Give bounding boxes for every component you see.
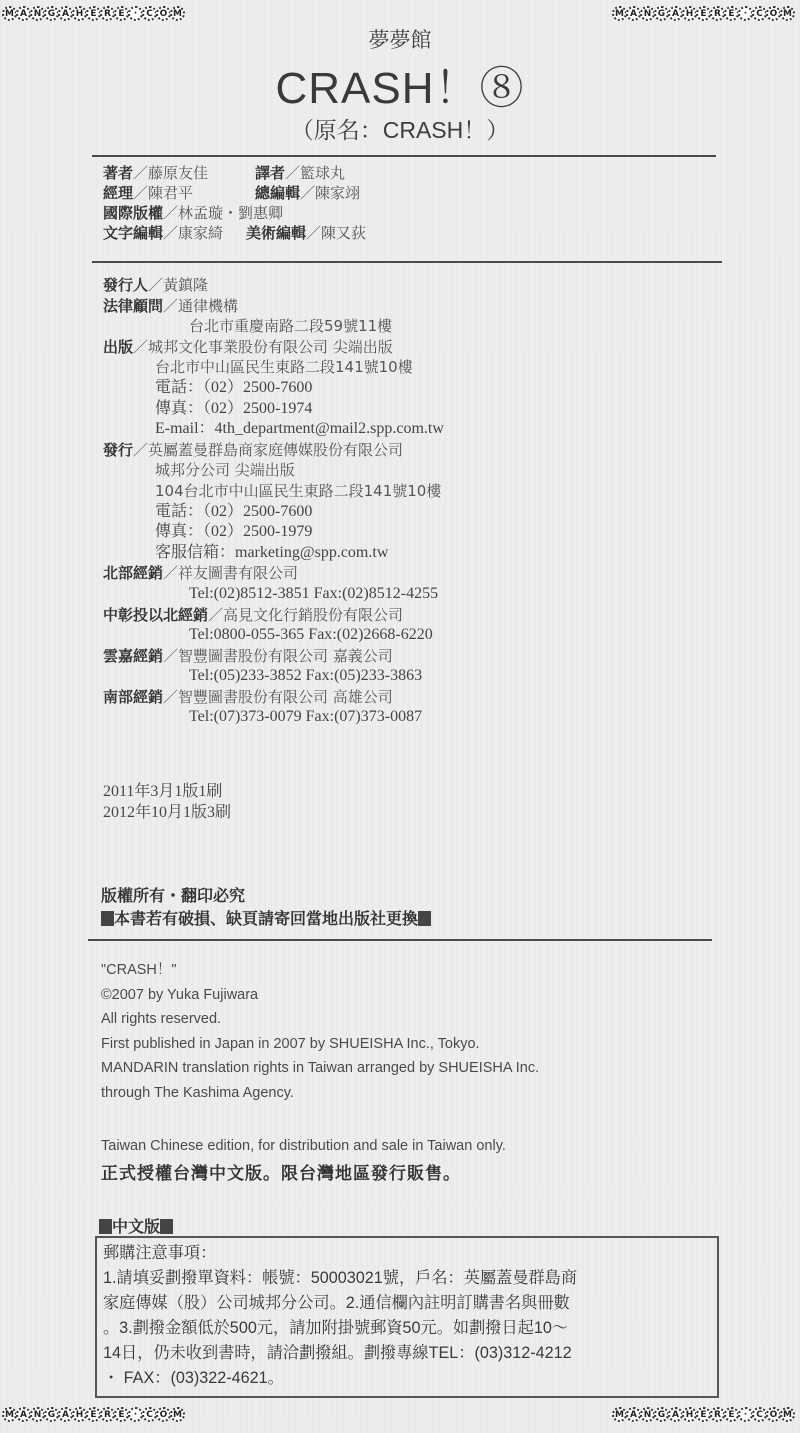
publisher-tel: 電話：（02）2500-7600 [103,378,444,399]
distributor-label: 發行 [103,441,133,459]
credit-value: 籃球丸 [300,164,345,182]
mail-order-notice-box: 郵購注意事項： 1.請填妥劃撥單資料：帳號：50003021號，戶名：英屬蓋曼群… [95,1236,719,1398]
divider-credits [92,261,722,263]
watermark-letter: E [86,1407,101,1422]
watermark-letter: O [766,6,781,21]
watermark-letter: M [612,6,627,21]
watermark-letter: M [2,1407,17,1422]
watermark-letter: · [128,1407,143,1422]
watermark-letter: G [44,1407,59,1422]
license-line: MANDARIN translation rights in Taiwan ar… [101,1056,539,1081]
damaged-notice: 本書若有破損、缺頁請寄回當地出版社更換 [114,909,418,928]
credit-label: 著者 [103,164,133,182]
license-line: ©2007 by Yuka Fujiwara [101,983,539,1008]
chinese-edition-label: 中文版 [99,1214,173,1237]
watermark-letter: R [100,1407,115,1422]
watermark-letter: N [640,1407,655,1422]
credit-value: 陳君平 [148,184,193,202]
watermark-letter: M [2,6,17,21]
square-bullet-icon [160,1219,173,1234]
license-block: "CRASH！" ©2007 by Yuka Fujiwara All righ… [101,958,539,1106]
distributor-fax: 傳真：（02）2500-1979 [103,522,444,543]
watermark-letter: · [738,1407,753,1422]
dealer-contact: Tel:0800-055-365 Fax:(02)2668-6220 [103,625,444,646]
book-title: CRASH！⑧ [0,52,800,116]
divider-rights [88,939,712,941]
watermark-letter: A [58,6,73,21]
credit-value: 康家綺 [178,224,223,242]
issuer-label: 發行人 [103,276,148,294]
distributor-service-email: 客服信箱：marketing@spp.com.tw [103,543,444,564]
dealer-label: 雲嘉經銷 [103,647,163,665]
square-bullet-icon [101,911,114,926]
watermark-letter: O [766,1407,781,1422]
credit-label: 美術編輯 [246,224,306,242]
watermark-letter: E [724,1407,739,1422]
legal-value: 通律機構 [178,297,238,315]
publishing-info: 發行人／黃鎮隆 法律顧問／通律機構 台北市重慶南路二段59號11樓 出版／城邦文… [103,275,444,728]
watermark-letter: R [100,6,115,21]
credits-block: 著者／藤原友佳 譯者／籃球丸 經理／陳君平 總編輯／陳家翊 國際版權／林孟璇・劉… [103,163,366,243]
order-notice-line: 14日，仍未收到書時，請洽劃撥組。劃撥專線TEL：(03)312-4212 [103,1341,711,1366]
watermark-letter: M [170,1407,185,1422]
watermark-letter: N [30,1407,45,1422]
watermark-letter: O [156,1407,171,1422]
watermark-letter: H [682,1407,697,1422]
watermark-letter: E [696,1407,711,1422]
watermark-logo-top-left: MANGAHERE·COM [2,6,184,24]
credit-label: 經理 [103,184,133,202]
rights-reserved: 版權所有・翻印必究 [101,884,431,907]
publisher-value: 城邦文化事業股份有限公司 尖端出版 [148,338,393,356]
watermark-letter: E [114,6,129,21]
watermark-letter: A [626,1407,641,1422]
publisher-address: 台北市中山區民生東路二段141號10樓 [103,357,444,378]
distributor-value: 英屬蓋曼群島商家庭傳媒股份有限公司 [148,441,403,459]
square-bullet-icon [418,911,431,926]
watermark-letter: H [682,6,697,21]
issuer-value: 黃鎮隆 [163,276,208,294]
watermark-letter: O [156,6,171,21]
watermark-letter: A [626,6,641,21]
watermark-letter: C [142,6,157,21]
watermark-letter: H [72,6,87,21]
watermark-logo-bottom-left: MANGAHERE·COM [2,1407,184,1425]
watermark-letter: R [710,6,725,21]
watermark-letter: A [58,1407,73,1422]
dealer-value: 智豐圖書股份有限公司 嘉義公司 [178,647,393,665]
legal-label: 法律顧問 [103,297,163,315]
credit-row: 文字編輯／康家綺 美術編輯／陳又荻 [103,223,366,243]
credit-label: 總編輯 [255,184,300,202]
publisher-fax: 傳真：（02）2500-1974 [103,399,444,420]
watermark-letter: R [710,1407,725,1422]
order-notice-line: 家庭傳媒（股）公司城邦分公司。2.通信欄內註明訂購書名與冊數 [103,1291,711,1316]
dealer-contact: Tel:(02)8512-3851 Fax:(02)8512-4255 [103,584,444,605]
watermark-letter: · [128,6,143,21]
distributor-tel: 電話：（02）2500-7600 [103,502,444,523]
watermark-letter: M [780,6,795,21]
credit-label: 文字編輯 [103,224,163,242]
taiwan-edition-english: Taiwan Chinese edition, for distribution… [101,1138,506,1154]
watermark-letter: G [654,1407,669,1422]
dealer-label: 南部經銷 [103,688,163,706]
watermark-letter: · [738,6,753,21]
order-notice-line: ・ FAX：(03)322-4621。 [103,1366,711,1391]
watermark-letter: E [724,6,739,21]
watermark-letter: C [752,1407,767,1422]
dealer-label: 北部經銷 [103,564,163,582]
publisher-brand: 夢夢館 [0,24,800,54]
square-bullet-icon [99,1219,112,1234]
watermark-letter: M [780,1407,795,1422]
watermark-letter: M [612,1407,627,1422]
credit-value: 陳又荻 [321,224,366,242]
publisher-email: E-mail：4th_department@mail2.spp.com.tw [103,419,444,440]
order-notice-line: 郵購注意事項： [103,1241,711,1266]
watermark-letter: E [114,1407,129,1422]
watermark-letter: C [142,1407,157,1422]
edition-line: 2012年10月1版3刷 [103,802,231,823]
dealer-label: 中彰投以北經銷 [103,606,208,624]
credit-value: 藤原友佳 [148,164,208,182]
watermark-letter: H [72,1407,87,1422]
distributor-branch: 城邦分公司 尖端出版 [103,460,444,481]
credit-label: 譯者 [255,164,285,182]
credit-row: 著者／藤原友佳 譯者／籃球丸 [103,163,366,183]
watermark-letter: A [668,1407,683,1422]
edition-label-text: 中文版 [112,1217,160,1236]
order-notice-line: 1.請填妥劃撥單資料：帳號：50003021號，戶名：英屬蓋曼群島商 [103,1266,711,1291]
license-line: First published in Japan in 2007 by SHUE… [101,1032,539,1057]
watermark-letter: A [668,6,683,21]
credit-value: 林孟璇・劉惠卿 [178,204,283,222]
credit-label: 國際版權 [103,204,163,222]
credit-value: 陳家翊 [315,184,360,202]
watermark-letter: E [696,6,711,21]
watermark-letter: C [752,6,767,21]
publisher-label: 出版 [103,338,133,356]
credit-row: 經理／陳君平 總編輯／陳家翊 [103,183,366,203]
distributor-address: 104台北市中山區民生東路二段141號10樓 [103,481,444,502]
dealer-value: 智豐圖書股份有限公司 高雄公司 [178,688,393,706]
dealer-contact: Tel:(05)233-3852 Fax:(05)233-3863 [103,666,444,687]
rights-notice: 版權所有・翻印必究 本書若有破損、缺頁請寄回當地出版社更換 [101,884,431,930]
order-notice-line: 。3.劃撥金額低於500元，請加附掛號郵資50元。如劃撥日起10～ [103,1316,711,1341]
watermark-letter: G [654,6,669,21]
watermark-letter: M [170,6,185,21]
license-line: through The Kashima Agency. [101,1081,539,1106]
divider-top [92,155,716,157]
watermark-letter: G [44,6,59,21]
legal-address: 台北市重慶南路二段59號11樓 [103,316,444,337]
taiwan-edition-chinese: 正式授權台灣中文版。限台灣地區發行販售。 [101,1159,461,1184]
credit-row: 國際版權／林孟璇・劉惠卿 [103,203,366,223]
license-line: "CRASH！" [101,958,539,983]
edition-history: 2011年3月1版1刷 2012年10月1版3刷 [103,781,231,823]
original-title: （原名：CRASH！） [0,112,800,145]
license-line: All rights reserved. [101,1007,539,1032]
watermark-logo-bottom-right: MANGAHERE·COM [612,1407,794,1425]
watermark-logo-top-right: MANGAHERE·COM [612,6,794,24]
edition-line: 2011年3月1版1刷 [103,781,231,802]
watermark-letter: A [16,1407,31,1422]
watermark-letter: N [640,6,655,21]
dealer-value: 高見文化行銷股份有限公司 [223,606,403,624]
watermark-letter: N [30,6,45,21]
watermark-letter: A [16,6,31,21]
dealer-value: 祥友圖書有限公司 [178,564,298,582]
watermark-letter: E [86,6,101,21]
dealer-contact: Tel:(07)373-0079 Fax:(07)373-0087 [103,707,444,728]
